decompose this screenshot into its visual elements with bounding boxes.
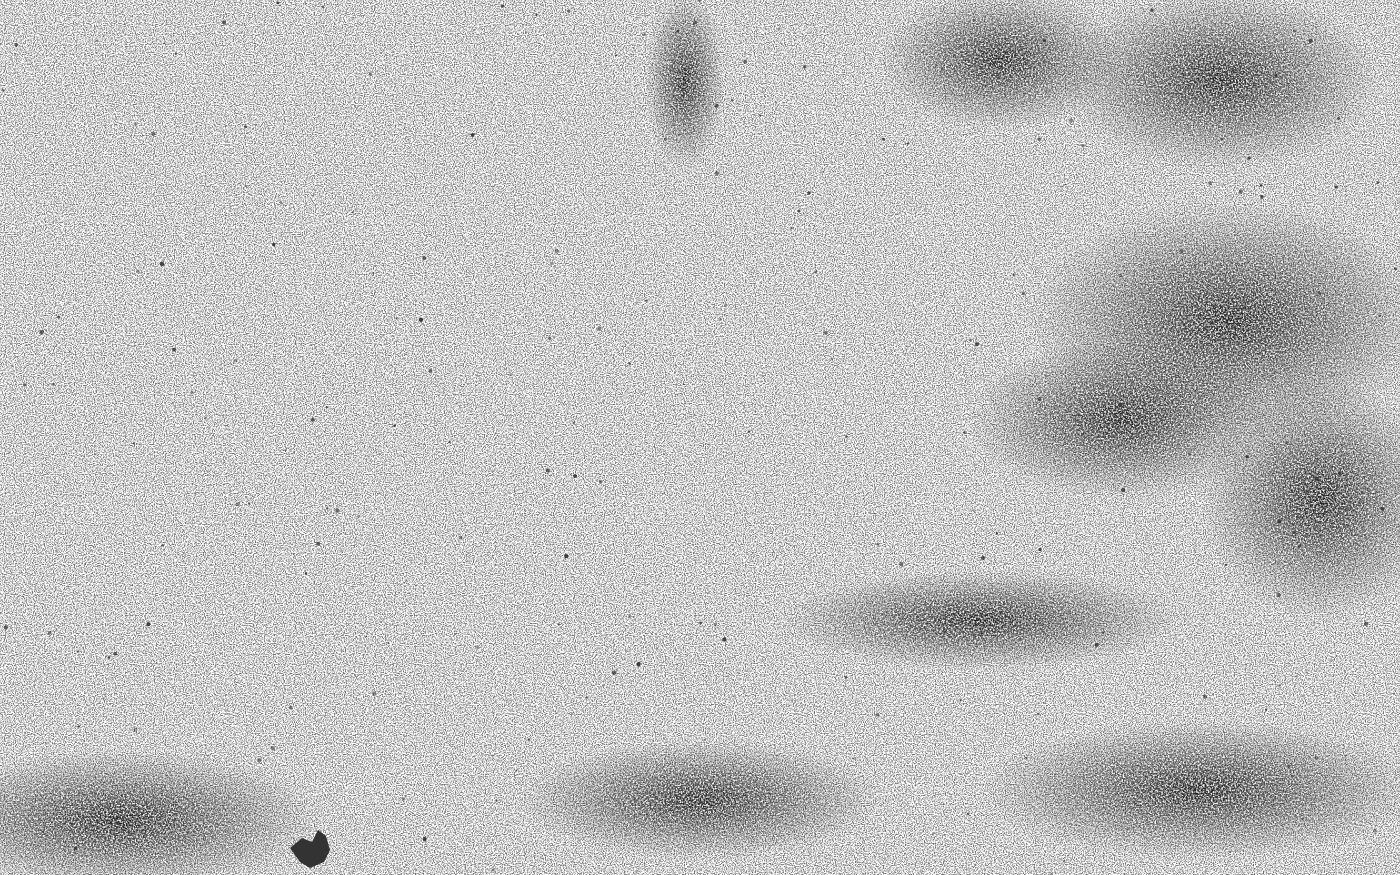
grunge-texture: [0, 0, 1400, 875]
dark-smudge-layer: [0, 0, 1400, 875]
